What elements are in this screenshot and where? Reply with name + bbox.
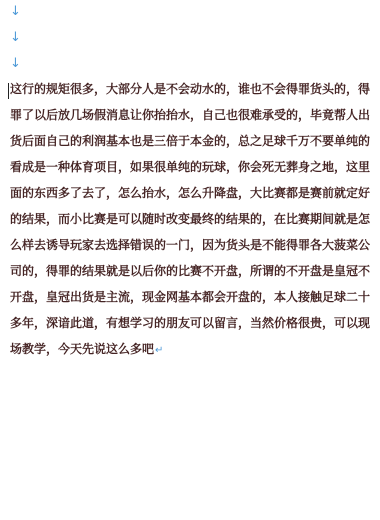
empty-line: ↓ [10,25,21,51]
document-line[interactable]: 这行的规矩很多，大部分人是不会动水的，谁也不会得罪货头的，得 [10,76,376,102]
line-break-icon: ↓ [10,4,21,19]
document-line[interactable]: 面的东西多了去了，怎么抬水，怎么升降盘，大比赛都是赛前就定好 [10,180,376,206]
document-line[interactable]: 的结果，而小比赛是可以随时改变最终的结果的，在比赛期间就是怎 [10,206,376,232]
document-line[interactable]: 看成是一种体育项目，如果很单纯的玩球，你会死无葬身之地，这里 [10,154,376,180]
document-page: ↓ ↓ ↓ 这行的规矩很多，大部分人是不会动水的，谁也不会得罪货头的，得罪了以后… [0,0,380,520]
empty-line: ↓ [10,0,21,25]
paragraph-mark-icon: ↵ [155,345,163,356]
line-break-icon: ↓ [10,30,21,45]
document-line[interactable]: 么样去诱导玩家去选择错误的一门，因为货头是不能得罪各大菠菜公 [10,232,376,258]
document-body[interactable]: 这行的规矩很多，大部分人是不会动水的，谁也不会得罪货头的，得罪了以后放几场假消息… [10,76,376,362]
document-line[interactable]: 场教学，今天先说这么多吧↵ [10,336,376,362]
text-cursor [8,83,9,99]
document-line[interactable]: 罪了以后放几场假消息让你抬抬水，自己也很难承受的，毕竟帮人出 [10,102,376,128]
document-line[interactable]: 货后面自己的利润基本也是三倍于本金的，总之足球千万不要单纯的 [10,128,376,154]
document-line[interactable]: 司的，得罪的结果就是以后你的比赛不开盘，所谓的不开盘是皇冠不 [10,258,376,284]
line-break-icon: ↓ [10,56,21,71]
empty-line: ↓ [10,51,21,77]
empty-line-break-marks: ↓ ↓ ↓ [10,0,21,77]
document-line[interactable]: 开盘，皇冠出货是主流，现金网基本都会开盘的，本人接触足球二十 [10,284,376,310]
document-line[interactable]: 多年，深谙此道，有想学习的朋友可以留言，当然价格很贵，可以现 [10,310,376,336]
